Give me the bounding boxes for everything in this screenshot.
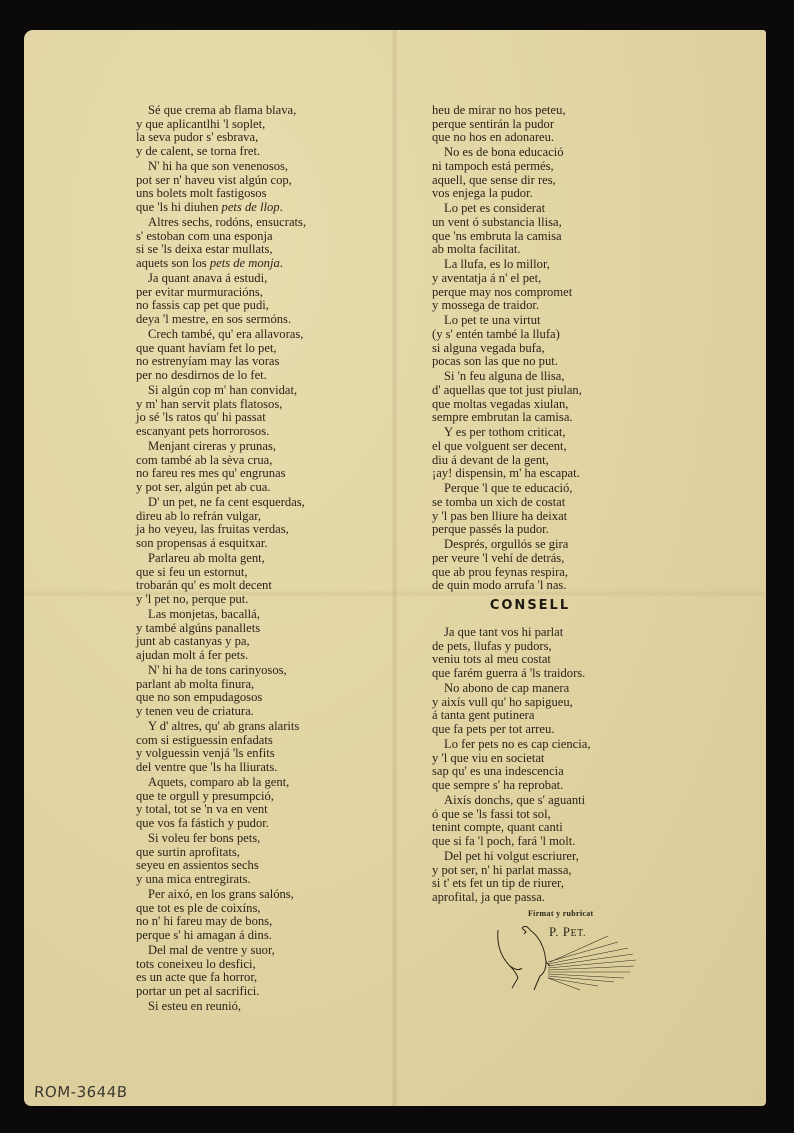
verse-line: la seva pudor s' esbrava,: [136, 131, 386, 145]
verse-line: escanyant pets horrorosos.: [136, 425, 386, 439]
verse-line: y 'l pet no, perque put.: [136, 593, 386, 607]
verse-line: que 'ls hi diuhen pets de llop.: [136, 201, 386, 215]
verse-line: tenint compte, quant canti: [432, 821, 662, 835]
verse-line: pocas son las que no put.: [432, 355, 662, 369]
verse-line: y una mica entregirats.: [136, 873, 386, 887]
verse-line: que vos fa fástich y pudor.: [136, 817, 386, 831]
verse-line: que sempre s' ha reprobat.: [432, 779, 662, 793]
stanza: Lo fer pets no es cap ciencia,y 'l que v…: [432, 738, 662, 793]
verse-line: Perque 'l que te educació,: [432, 482, 662, 496]
verse-line: aprofital, ja que passa.: [432, 891, 662, 905]
verse-line: á tanta gent putinera: [432, 709, 662, 723]
verse-line: Crech també, qu' era allavoras,: [136, 328, 386, 342]
verse-line: y 'l pas ben lliure ha deixat: [432, 510, 662, 524]
verse-line: Després, orgullós se gira: [432, 538, 662, 552]
verse-line: no n' hi fareu may de bons,: [136, 915, 386, 929]
stanza: N' hi ha que son venenosos,pot ser n' ha…: [136, 160, 386, 215]
stanza: Menjant cireras y prunas,com també ab la…: [136, 440, 386, 495]
verse-line: Ja quant anava á estudi,: [136, 272, 386, 286]
verse-line: Si algún cop m' han convidat,: [136, 384, 386, 398]
verse-line: Menjant cireras y prunas,: [136, 440, 386, 454]
stanza: Altres sechs, rodóns, ensucrats,s' estob…: [136, 216, 386, 271]
consell-column: Ja que tant vos hi parlatde pets, llufas…: [432, 626, 662, 906]
stanza: Lo pet te una virtut(y s' entén també la…: [432, 314, 662, 369]
stanza: Després, orgullós se giraper veure 'l ve…: [432, 538, 662, 593]
verse-line: y també algúns panallets: [136, 622, 386, 636]
verse-line: portar un pet al sacrifici.: [136, 985, 386, 999]
verse-line: D' un pet, ne fa cent esquerdas,: [136, 496, 386, 510]
verse-line: per no desdirnos de lo fet.: [136, 369, 386, 383]
verse-line: perque passés la pudor.: [432, 523, 662, 537]
verse-line: ajudan molt á fer pets.: [136, 649, 386, 663]
poem-left-column: Sé que crema ab flama blava,y que aplica…: [136, 104, 386, 1015]
stanza: Per aixó, en los grans salóns,que tot es…: [136, 888, 386, 943]
stanza: Si 'n feu alguna de llisa,d' aquellas qu…: [432, 370, 662, 425]
verse-line: un vent ó substancia llisa,: [432, 216, 662, 230]
verse-line: Ja que tant vos hi parlat: [432, 626, 662, 640]
section-heading-consell: CONSELL: [432, 598, 628, 613]
verse-line: y aventatja á n' el pet,: [432, 272, 662, 286]
verse-line: trobarán qu' es molt decent: [136, 579, 386, 593]
italic-phrase: pets de monja: [210, 256, 280, 270]
verse-line: perque may nos compromet: [432, 286, 662, 300]
verse-line: perque s' hi amagan á dins.: [136, 929, 386, 943]
verse-line: que farém guerra á 'ls traidors.: [432, 667, 662, 681]
verse-line: es un acte que fa horror,: [136, 971, 386, 985]
verse-line: de pets, llufas y pudors,: [432, 640, 662, 654]
verse-line: que fa pets per tot arreu.: [432, 723, 662, 737]
stanza: Sé que crema ab flama blava,y que aplica…: [136, 104, 386, 159]
stanza: Ja que tant vos hi parlatde pets, llufas…: [432, 626, 662, 681]
verse-line: el que volguent ser decent,: [432, 440, 662, 454]
verse-line: Y d' altres, qu' ab grans alarits: [136, 720, 386, 734]
verse-line: junt ab castanyas y pa,: [136, 635, 386, 649]
signature-label: Firmat y rubricat: [528, 909, 594, 918]
verse-line: per evitar murmuracións,: [136, 286, 386, 300]
verse-line: Parlareu ab molta gent,: [136, 552, 386, 566]
verse-line: deya 'l mestre, en sos sermóns.: [136, 313, 386, 327]
stanza: heu de mirar no hos peteu,perque sentirá…: [432, 104, 662, 145]
verse-line: que ab prou feynas respira,: [432, 566, 662, 580]
verse-line: N' hi ha que son venenosos,: [136, 160, 386, 174]
verse-line: y mossega de traidor.: [432, 299, 662, 313]
verse-line: Lo pet te una virtut: [432, 314, 662, 328]
verse-line: y de calent, se torna fret.: [136, 145, 386, 159]
stanza: D' un pet, ne fa cent esquerdas,direu ab…: [136, 496, 386, 551]
verse-line: jo sé 'ls ratos qu' hi passat: [136, 411, 386, 425]
stanza: Si voleu fer bons pets,que surtin aprofi…: [136, 832, 386, 887]
verse-line: del ventre que 'ls ha lliurats.: [136, 761, 386, 775]
verse-line: y total, tot se 'n va en vent: [136, 803, 386, 817]
stanza: Si esteu en reunió,: [136, 1000, 386, 1014]
verse-line: vos enjega la pudor.: [432, 187, 662, 201]
verse-line: que te orgull y presumpció,: [136, 790, 386, 804]
stanza: Las monjetas, bacallá,y també algúns pan…: [136, 608, 386, 663]
italic-phrase: pets de llop: [222, 200, 280, 214]
verse-line: d' aquellas que tot just piulan,: [432, 384, 662, 398]
stanza: Del pet hi volgut escriurer,y pot ser, n…: [432, 850, 662, 905]
verse-line: y m' han servit plats flatosos,: [136, 398, 386, 412]
verse-line: seyeu en assientos sechs: [136, 859, 386, 873]
verse-line: Per aixó, en los grans salóns,: [136, 888, 386, 902]
verse-line: Si esteu en reunió,: [136, 1000, 386, 1014]
verse-line: y volguessin venjá 'ls enfits: [136, 747, 386, 761]
verse-line: No abono de cap manera: [432, 682, 662, 696]
verse-line: que si fa 'l poch, fará 'l molt.: [432, 835, 662, 849]
verse-line: no fassis cap pet que pudi,: [136, 299, 386, 313]
verse-line: y que aplicantlhi 'l soplet,: [136, 118, 386, 132]
verse-line: per veure 'l vehí de detrás,: [432, 552, 662, 566]
verse-line: y tenen veu de criatura.: [136, 705, 386, 719]
verse-line: que no hos en adonareu.: [432, 131, 662, 145]
stanza: Aixís donchs, que s' aguantió que se 'ls…: [432, 794, 662, 849]
verse-line: La llufa, es lo millor,: [432, 258, 662, 272]
verse-line: no estrenyíam may las voras: [136, 355, 386, 369]
verse-line: que si feu un estornut,: [136, 566, 386, 580]
verse-line: de quin modo arrufa 'l nas.: [432, 579, 662, 593]
verse-line: que tot es ple de coixíns,: [136, 902, 386, 916]
verse-line: veniu tots al meu costat: [432, 653, 662, 667]
stanza: Lo pet es consideratun vent ó substancia…: [432, 202, 662, 257]
verse-line: Aquets, comparo ab la gent,: [136, 776, 386, 790]
verse-line: (y s' entén també la llufa): [432, 328, 662, 342]
stanza: La llufa, es lo millor,y aventatja á n' …: [432, 258, 662, 313]
verse-line: ó que se 'ls fassi tot sol,: [432, 808, 662, 822]
stanza: Parlareu ab molta gent,que si feu un est…: [136, 552, 386, 607]
verse-line: aquell, que sense dir res,: [432, 174, 662, 188]
verse-line: Del pet hi volgut escriurer,: [432, 850, 662, 864]
verse-line: que quant havíam fet lo pet,: [136, 342, 386, 356]
verse-line: s' estoban com una esponja: [136, 230, 386, 244]
verse-line: Lo pet es considerat: [432, 202, 662, 216]
verse-line: son propensas á esquitxar.: [136, 537, 386, 551]
verse-line: Si voleu fer bons pets,: [136, 832, 386, 846]
stanza: Aquets, comparo ab la gent,que te orgull…: [136, 776, 386, 831]
verse-line: ja ho veyeu, las fruitas verdas,: [136, 523, 386, 537]
verse-line: N' hi ha de tons carinyosos,: [136, 664, 386, 678]
stanza: Perque 'l que te educació,se tomba un xi…: [432, 482, 662, 537]
verse-line: si alguna vegada bufa,: [432, 342, 662, 356]
verse-line: y 'l que viu en societat: [432, 752, 662, 766]
verse-line: no fareu res mes qu' engrunas: [136, 467, 386, 481]
verse-line: y pot ser, algún pet ab cua.: [136, 481, 386, 495]
verse-line: se tomba un xich de costat: [432, 496, 662, 510]
verse-line: que moltas vegadas xiulan,: [432, 398, 662, 412]
archive-stamp: ROM-3644B: [34, 1083, 129, 1101]
stanza: Del mal de ventre y suor,tots coneixeu l…: [136, 944, 386, 999]
stanza: No abono de cap maneray aixís vull qu' h…: [432, 682, 662, 737]
stanza: No es de bona educacióni tampoch está pe…: [432, 146, 662, 201]
verse-line: y pot ser, n' hi parlat massa,: [432, 864, 662, 878]
verse-line: que no son empudagosos: [136, 691, 386, 705]
verse-line: Si 'n feu alguna de llisa,: [432, 370, 662, 384]
verse-line: Lo fer pets no es cap ciencia,: [432, 738, 662, 752]
verse-line: Del mal de ventre y suor,: [136, 944, 386, 958]
verse-line: sap qu' es una indescencia: [432, 765, 662, 779]
stanza: Y d' altres, qu' ab grans alaritscom si …: [136, 720, 386, 775]
verse-line: direu ab lo refrán vulgar,: [136, 510, 386, 524]
verse-line: perque sentirán la pudor: [432, 118, 662, 132]
stanza: Si algún cop m' han convidat,y m' han se…: [136, 384, 386, 439]
verse-line: si se 'ls deixa estar mullats,: [136, 243, 386, 257]
verse-line: que surtin aprofitats,: [136, 846, 386, 860]
verse-line: Altres sechs, rodóns, ensucrats,: [136, 216, 386, 230]
stanza: Ja quant anava á estudi,per evitar murmu…: [136, 272, 386, 327]
verse-line: com si estiguessin enfadats: [136, 734, 386, 748]
poem-right-column: heu de mirar no hos peteu,perque sentirá…: [432, 104, 662, 594]
verse-line: Sé que crema ab flama blava,: [136, 104, 386, 118]
verse-line: Y es per tothom criticat,: [432, 426, 662, 440]
verse-line: Las monjetas, bacallá,: [136, 608, 386, 622]
verse-line: ¡ay! dispensin, m' ha escapat.: [432, 467, 662, 481]
stanza: N' hi ha de tons carinyosos,parlant ab m…: [136, 664, 386, 719]
verse-line: ni tampoch está permés,: [432, 160, 662, 174]
verse-line: Aixís donchs, que s' aguanti: [432, 794, 662, 808]
verse-line: que 'ns embruta la camisa: [432, 230, 662, 244]
verse-line: aquets son los pets de monja.: [136, 257, 386, 271]
verse-line: parlant ab molta finura,: [136, 678, 386, 692]
verse-line: No es de bona educació: [432, 146, 662, 160]
stanza: Crech també, qu' era allavoras,que quant…: [136, 328, 386, 383]
verse-line: y aixís vull qu' ho sapigueu,: [432, 696, 662, 710]
verse-line: tots coneixeu lo desfici,: [136, 958, 386, 972]
verse-line: com també ab la sèva crua,: [136, 454, 386, 468]
verse-line: sempre embrutan la camisa.: [432, 411, 662, 425]
verse-line: uns bolets molt fastigosos: [136, 187, 386, 201]
stanza: Y es per tothom criticat,el que volguent…: [432, 426, 662, 481]
verse-line: si t' ets fet un tip de riurer,: [432, 877, 662, 891]
verse-line: ab molta facilitat.: [432, 243, 662, 257]
verse-line: pot ser n' haveu vist algún cop,: [136, 174, 386, 188]
verse-line: diu á devant de la gent,: [432, 454, 662, 468]
verse-line: heu de mirar no hos peteu,: [432, 104, 662, 118]
fart-illustration-icon: [488, 922, 638, 992]
